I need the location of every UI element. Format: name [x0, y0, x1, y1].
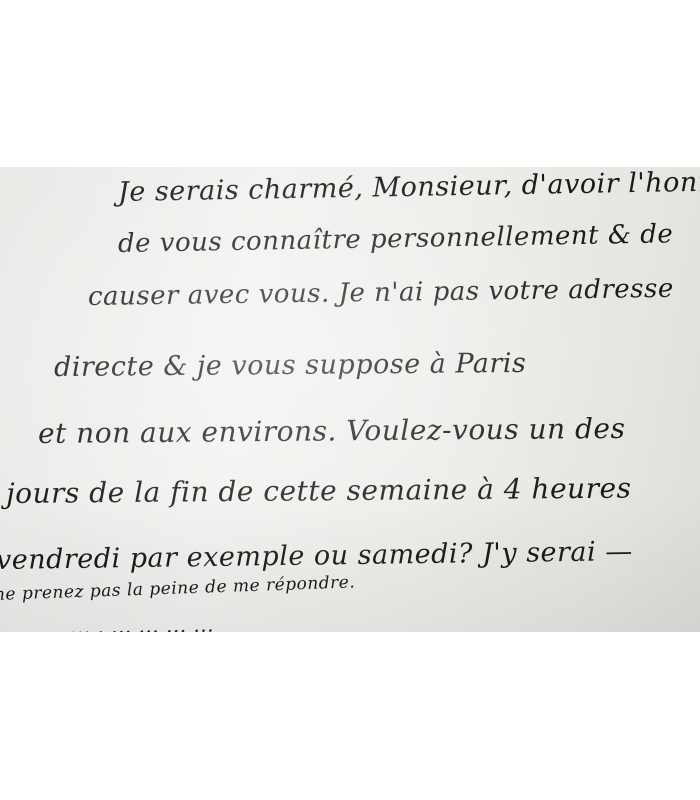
letter-line-2: de vous connaître personnellement & de: [118, 219, 674, 259]
letter-line-3: causer avec vous. Je n'ai pas votre adre…: [88, 274, 674, 312]
letter-line-6: jours de la fin de cette semaine à 4 heu…: [6, 472, 632, 510]
letter-line-5: et non aux environs. Voulez-vous un des: [38, 412, 626, 450]
letter-photo: Je serais charmé, Monsieur, d'avoir l'ho…: [0, 167, 700, 632]
letter-line-9-cropped: ... . ... ... ... ...: [70, 612, 214, 632]
letter-line-7: vendredi par exemple ou samedi? J'y sera…: [0, 536, 633, 576]
letter-line-4: directe & je vous suppose à Paris: [54, 348, 527, 383]
letter-line-8: ne prenez pas la peine de me répondre.: [0, 572, 356, 605]
letter-line-1: Je serais charmé, Monsieur, d'avoir l'ho…: [118, 167, 700, 208]
